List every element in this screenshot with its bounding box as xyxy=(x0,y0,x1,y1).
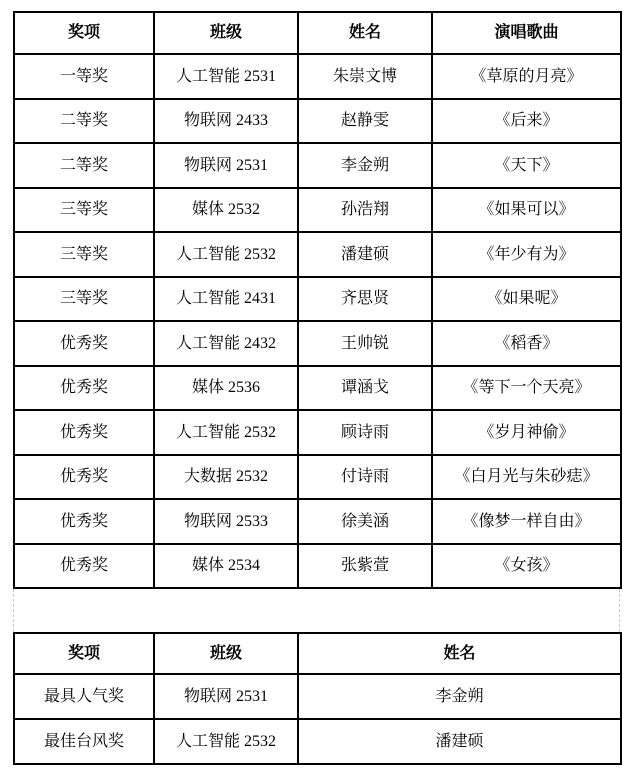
column-header: 班级 xyxy=(154,633,298,674)
table-cell: 《如果呢》 xyxy=(432,277,621,322)
table-cell: 人工智能 2532 xyxy=(154,719,298,764)
table-row: 最佳台风奖人工智能 2532潘建硕 xyxy=(14,719,621,764)
table-cell: 大数据 2532 xyxy=(154,455,298,500)
table-row: 优秀奖人工智能 2532顾诗雨《岁月神偷》 xyxy=(14,410,621,455)
table-cell: 李金朔 xyxy=(298,143,432,188)
column-header: 姓名 xyxy=(298,633,621,674)
table-cell: 三等奖 xyxy=(14,188,154,233)
table-row: 优秀奖物联网 2533徐美涵《像梦一样自由》 xyxy=(14,499,621,544)
table-cell: 潘建硕 xyxy=(298,232,432,277)
table-cell: 张紫萱 xyxy=(298,544,432,589)
table-cell: 《稻香》 xyxy=(432,321,621,366)
table-cell: 李金朔 xyxy=(298,674,621,719)
table-cell: 谭涵戈 xyxy=(298,366,432,411)
table-cell: 二等奖 xyxy=(14,143,154,188)
table-row: 优秀奖人工智能 2432王帅锐《稻香》 xyxy=(14,321,621,366)
table-row: 三等奖媒体 2532孙浩翔《如果可以》 xyxy=(14,188,621,233)
table-cell: 顾诗雨 xyxy=(298,410,432,455)
table-cell: 朱崇文博 xyxy=(298,54,432,99)
table-cell: 三等奖 xyxy=(14,277,154,322)
table-row: 一等奖人工智能 2531朱崇文博《草原的月亮》 xyxy=(14,54,621,99)
document-page: 奖项班级姓名演唱歌曲一等奖人工智能 2531朱崇文博《草原的月亮》二等奖物联网 … xyxy=(0,0,633,776)
table-cell: 媒体 2536 xyxy=(154,366,298,411)
table-cell: 二等奖 xyxy=(14,99,154,144)
table-cell: 《天下》 xyxy=(432,143,621,188)
table-cell: 最具人气奖 xyxy=(14,674,154,719)
table-row: 优秀奖大数据 2532付诗雨《白月光与朱砂痣》 xyxy=(14,455,621,500)
table-cell: 潘建硕 xyxy=(298,719,621,764)
table-cell: 《像梦一样自由》 xyxy=(432,499,621,544)
table-cell: 物联网 2531 xyxy=(154,674,298,719)
header-row: 奖项班级姓名 xyxy=(14,633,621,674)
column-header: 演唱歌曲 xyxy=(432,12,621,54)
table-cell: 优秀奖 xyxy=(14,499,154,544)
table-cell: 王帅锐 xyxy=(298,321,432,366)
table-cell: 物联网 2433 xyxy=(154,99,298,144)
table-cell: 《白月光与朱砂痣》 xyxy=(432,455,621,500)
column-header: 姓名 xyxy=(298,12,432,54)
table-row: 二等奖物联网 2531李金朔《天下》 xyxy=(14,143,621,188)
table-cell: 优秀奖 xyxy=(14,366,154,411)
table-cell: 徐美涵 xyxy=(298,499,432,544)
table-row: 三等奖人工智能 2431齐思贤《如果呢》 xyxy=(14,277,621,322)
table-row: 优秀奖媒体 2534张紫萱《女孩》 xyxy=(14,544,621,589)
table-row: 最具人气奖物联网 2531李金朔 xyxy=(14,674,621,719)
column-header: 奖项 xyxy=(14,633,154,674)
table-cell: 《如果可以》 xyxy=(432,188,621,233)
table-cell: 优秀奖 xyxy=(14,410,154,455)
table-row: 二等奖物联网 2433赵静雯《后来》 xyxy=(14,99,621,144)
column-header: 班级 xyxy=(154,12,298,54)
column-header: 奖项 xyxy=(14,12,154,54)
table-cell: 《岁月神偷》 xyxy=(432,410,621,455)
table-cell: 人工智能 2532 xyxy=(154,232,298,277)
main-awards-table: 奖项班级姓名演唱歌曲一等奖人工智能 2531朱崇文博《草原的月亮》二等奖物联网 … xyxy=(13,11,622,589)
table-cell: 《草原的月亮》 xyxy=(432,54,621,99)
table-cell: 付诗雨 xyxy=(298,455,432,500)
table-cell: 人工智能 2431 xyxy=(154,277,298,322)
table-cell: 孙浩翔 xyxy=(298,188,432,233)
header-row: 奖项班级姓名演唱歌曲 xyxy=(14,12,621,54)
table-row: 优秀奖媒体 2536谭涵戈《等下一个天亮》 xyxy=(14,366,621,411)
table-cell: 优秀奖 xyxy=(14,321,154,366)
table-cell: 优秀奖 xyxy=(14,455,154,500)
table-cell: 最佳台风奖 xyxy=(14,719,154,764)
table-cell: 齐思贤 xyxy=(298,277,432,322)
table-cell: 优秀奖 xyxy=(14,544,154,589)
table-cell: 人工智能 2532 xyxy=(154,410,298,455)
table-cell: 媒体 2532 xyxy=(154,188,298,233)
table-row: 三等奖人工智能 2532潘建硕《年少有为》 xyxy=(14,232,621,277)
table-cell: 三等奖 xyxy=(14,232,154,277)
table-cell: 一等奖 xyxy=(14,54,154,99)
table-cell: 人工智能 2531 xyxy=(154,54,298,99)
document-content: 奖项班级姓名演唱歌曲一等奖人工智能 2531朱崇文博《草原的月亮》二等奖物联网 … xyxy=(13,11,620,765)
table-cell: 《等下一个天亮》 xyxy=(432,366,621,411)
table-cell: 《年少有为》 xyxy=(432,232,621,277)
table-gap xyxy=(13,589,620,632)
table-cell: 物联网 2531 xyxy=(154,143,298,188)
table-cell: 物联网 2533 xyxy=(154,499,298,544)
table-cell: 《后来》 xyxy=(432,99,621,144)
special-awards-table: 奖项班级姓名最具人气奖物联网 2531李金朔最佳台风奖人工智能 2532潘建硕 xyxy=(13,632,622,765)
table-cell: 媒体 2534 xyxy=(154,544,298,589)
table-cell: 《女孩》 xyxy=(432,544,621,589)
table-cell: 人工智能 2432 xyxy=(154,321,298,366)
table-cell: 赵静雯 xyxy=(298,99,432,144)
